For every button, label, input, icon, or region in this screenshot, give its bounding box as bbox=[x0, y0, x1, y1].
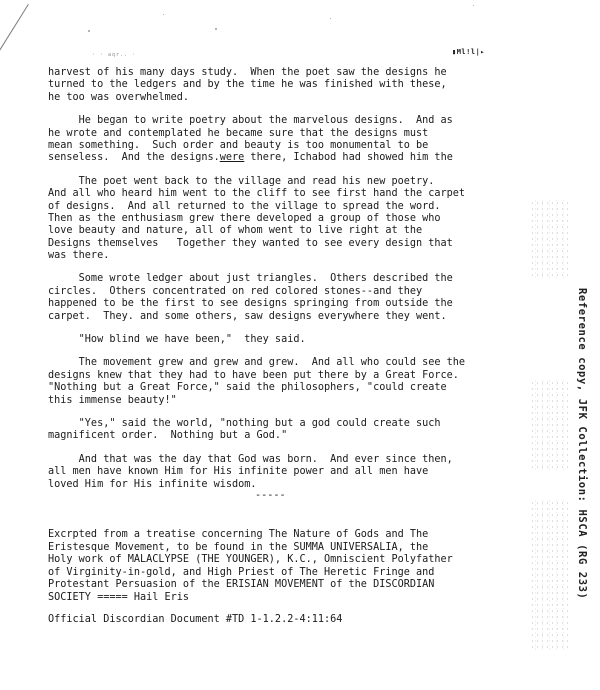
text-line: happened to be the first to see designs … bbox=[48, 298, 568, 310]
text-line: And that was the day that God was born. … bbox=[48, 454, 568, 466]
scan-speck bbox=[215, 28, 217, 30]
paragraph: And that was the day that God was born. … bbox=[48, 454, 568, 491]
text-line: magnificent order. Nothing but a God." bbox=[48, 430, 568, 442]
text-fragment: senseless. And the designs. bbox=[48, 152, 220, 163]
document-attribution: Excrpted from a treatise concerning The … bbox=[48, 529, 568, 605]
text-line: turned to the ledgers and by the time he… bbox=[48, 79, 568, 91]
text-line: circles. Others concentrated on red colo… bbox=[48, 286, 568, 298]
text-line: carpet. They. and some others, saw desig… bbox=[48, 311, 568, 323]
text-line: he wrote and contemplated he became sure… bbox=[48, 128, 568, 140]
archive-stamp: Reference copy, JFK Collection: HSCA (RG… bbox=[572, 288, 588, 648]
paragraph: The poet went back to the village and re… bbox=[48, 176, 568, 263]
paragraph: Some wrote ledger about just triangles. … bbox=[48, 273, 568, 323]
text-line: He began to write poetry about the marve… bbox=[48, 115, 568, 127]
paragraph: harvest of his many days study. When the… bbox=[48, 67, 568, 104]
text-line: he too was overwhelmed. bbox=[48, 92, 568, 104]
underlined-word: were bbox=[220, 152, 245, 163]
text-line: The movement grew and grew and grew. And… bbox=[48, 357, 568, 369]
text-line: senseless. And the designs.were there, I… bbox=[48, 152, 568, 164]
scan-speck bbox=[163, 14, 164, 15]
section-separator: ----- bbox=[255, 490, 286, 501]
attribution-line: of Virginity-in-gold, and High Priest of… bbox=[48, 567, 568, 580]
paragraph: The movement grew and grew and grew. And… bbox=[48, 357, 568, 407]
header-mark-left: · · aqr.. · bbox=[92, 52, 136, 58]
text-line: "Nothing but a Great Force," said the ph… bbox=[48, 382, 568, 394]
text-line: mean something. Such order and beauty is… bbox=[48, 140, 568, 152]
text-line: love beauty and nature, all of whom went… bbox=[48, 225, 568, 237]
paragraph: He began to write poetry about the marve… bbox=[48, 115, 568, 165]
scan-scratch-mark bbox=[0, 4, 29, 55]
text-line: Some wrote ledger about just triangles. … bbox=[48, 273, 568, 285]
text-line: Designs themselves Together they wanted … bbox=[48, 238, 568, 250]
text-line: all men have known Him for His infinite … bbox=[48, 466, 568, 478]
attribution-line: Holy work of MALACLYPSE (THE YOUNGER), K… bbox=[48, 554, 568, 567]
text-fragment: there, Ichabod had showed him the bbox=[244, 152, 453, 163]
text-line: And all who heard him went to the cliff … bbox=[48, 188, 568, 200]
text-line: of designs. And all returned to the vill… bbox=[48, 201, 568, 213]
scan-speck bbox=[88, 30, 90, 32]
header-mark-right: ▮Ml!l|▸ bbox=[452, 48, 485, 56]
attribution-line: Excrpted from a treatise concerning The … bbox=[48, 529, 568, 542]
text-line: "Yes," said the world, "nothing but a go… bbox=[48, 418, 568, 430]
text-line: "How blind we have been," they said. bbox=[48, 334, 568, 346]
text-line: harvest of his many days study. When the… bbox=[48, 67, 568, 79]
text-line: loved Him for His infinite wisdom. bbox=[48, 479, 568, 491]
attribution-line: Protestant Persuasion of the ERISIAN MOV… bbox=[48, 579, 568, 592]
text-line: designs knew that they had to have been … bbox=[48, 370, 568, 382]
paragraph: "Yes," said the world, "nothing but a go… bbox=[48, 418, 568, 443]
attribution-line: SOCIETY ===== Hail Eris bbox=[48, 592, 568, 605]
text-line: Then as the enthusiasm grew there develo… bbox=[48, 213, 568, 225]
scan-speck bbox=[473, 5, 474, 6]
attribution-line: Eristesque Movement, to be found in the … bbox=[48, 542, 568, 555]
text-line: was there. bbox=[48, 250, 568, 262]
document-number: Official Discordian Document #TD 1-1.2.2… bbox=[48, 614, 342, 625]
text-line: The poet went back to the village and re… bbox=[48, 176, 568, 188]
scanned-document-page: · · aqr.. · ▮Ml!l|▸ harvest of his many … bbox=[0, 0, 600, 690]
paragraph: "How blind we have been," they said. bbox=[48, 334, 568, 346]
text-line: this immense beauty!" bbox=[48, 395, 568, 407]
document-body: harvest of his many days study. When the… bbox=[48, 67, 568, 502]
scan-speck bbox=[330, 18, 331, 19]
